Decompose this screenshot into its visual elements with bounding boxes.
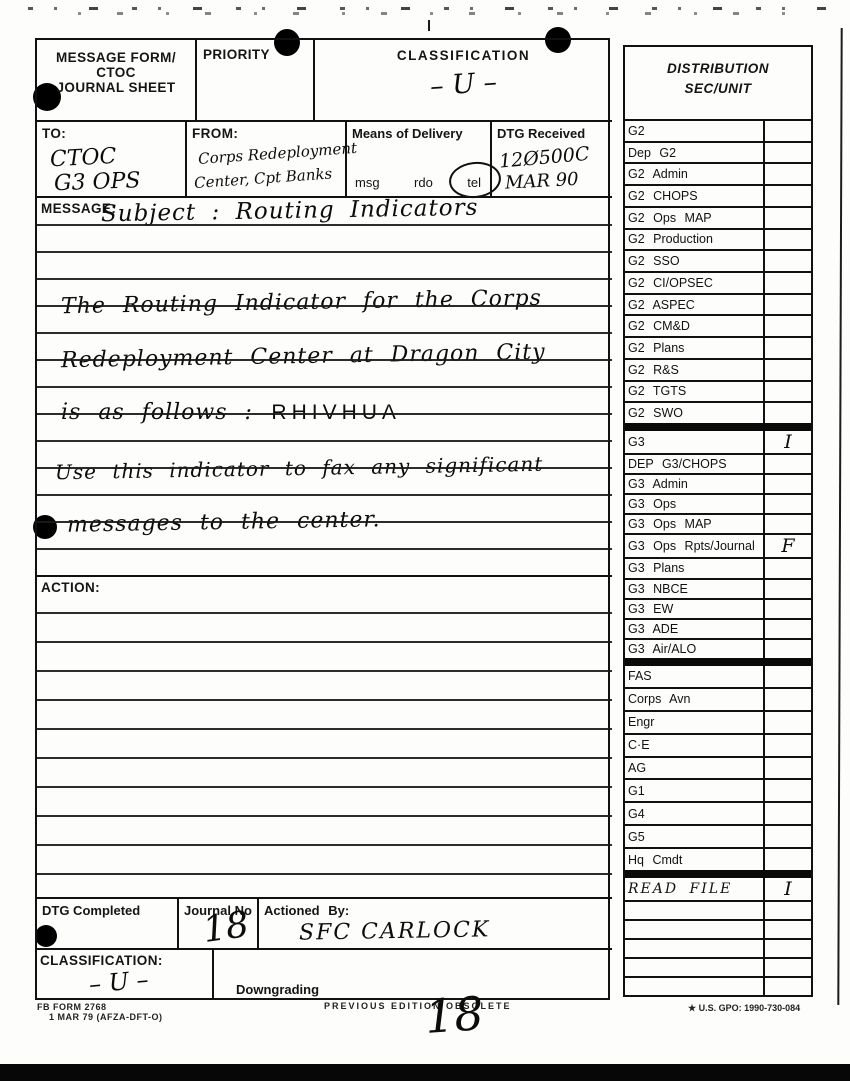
- message-subject-handwritten: Subject : Routing Indicators: [101, 195, 479, 228]
- distribution-row-label: G5: [625, 826, 763, 847]
- distribution-row-label: G1: [625, 780, 763, 801]
- distribution-mark-cell: [763, 689, 811, 710]
- distribution-mark-cell: [763, 666, 811, 687]
- distribution-row: G2 CHOPS: [625, 186, 811, 208]
- distribution-mark-cell: [763, 758, 811, 779]
- distribution-row: G2 ASPEC: [625, 295, 811, 317]
- distribution-mark-cell: [763, 849, 811, 870]
- distribution-row-label: [625, 940, 763, 957]
- ruled-line: [37, 467, 612, 469]
- priority-box: PRIORITY: [197, 40, 315, 122]
- distribution-row-label: [625, 959, 763, 976]
- gpo-note: ★ U.S. GPO: 1990-730-084: [688, 1003, 800, 1014]
- distribution-row-label: G3 Ops MAP: [625, 515, 763, 533]
- distribution-row: G2 TGTS: [625, 382, 811, 404]
- ruled-line: [37, 386, 612, 388]
- ruled-line: [37, 413, 612, 415]
- form-date: 1 MAR 79 (AFZA-DFT-O): [49, 1012, 163, 1022]
- distribution-mark-cell: [763, 620, 811, 638]
- distribution-row: [625, 978, 811, 995]
- classification-box: CLASSIFICATION U: [315, 40, 612, 122]
- distribution-mark-cell: [763, 495, 811, 513]
- priority-label: PRIORITY: [203, 47, 270, 62]
- distribution-mark-cell: [763, 475, 811, 493]
- distribution-mark-cell: [763, 902, 811, 919]
- form-title-line1: MESSAGE FORM/: [37, 50, 195, 65]
- distribution-row: READ FILEI: [625, 878, 811, 902]
- distribution-row-label: [625, 921, 763, 938]
- distribution-table: DISTRIBUTION SEC/UNIT G2Dep G2G2 AdminG2…: [623, 45, 813, 997]
- ruled-line: [37, 844, 612, 846]
- distribution-row: G3 ADE: [625, 620, 811, 640]
- dtg-received-value-line2: MAR 90: [505, 167, 608, 193]
- distribution-row-label: G3 EW: [625, 600, 763, 618]
- distribution-mark-cell: [763, 338, 811, 358]
- from-value-line2: Center, Cpt Banks: [194, 164, 341, 192]
- ruled-line: [37, 440, 612, 442]
- distribution-mark-cell: [763, 978, 811, 995]
- distribution-mark-cell: [763, 559, 811, 577]
- distribution-mark-cell: [763, 382, 811, 402]
- distribution-row-label: [625, 978, 763, 995]
- distribution-row: G2 SWO: [625, 403, 811, 423]
- section-separator: [625, 423, 811, 431]
- downgrading-box: Downgrading: [214, 950, 612, 998]
- distribution-row-label: DEP G3/CHOPS: [625, 455, 763, 473]
- classification-bottom-box: CLASSIFICATION: U: [37, 950, 214, 998]
- distribution-row: Hq Cmdt: [625, 849, 811, 870]
- distribution-row-label: G2 Admin: [625, 164, 763, 184]
- distribution-section: READ FILEI: [625, 878, 811, 995]
- message-body-line1: The Routing Indicator for the Corps: [61, 286, 542, 319]
- message-body-line2: Redeployment Center at Dragon City: [61, 340, 546, 373]
- distribution-mark-cell: [763, 803, 811, 824]
- distribution-row: G3 NBCE: [625, 580, 811, 600]
- distribution-row-label: G2 Ops MAP: [625, 208, 763, 228]
- journal-no-value: 18: [200, 904, 251, 951]
- ruled-line: [37, 641, 612, 643]
- ruled-line: [37, 786, 612, 788]
- ruled-line: [37, 670, 612, 672]
- actioned-by-label: Actioned By:: [264, 903, 349, 918]
- means-of-delivery-box: Means of Delivery msg rdo tel: [347, 122, 492, 198]
- distribution-section: G2Dep G2G2 AdminG2 CHOPSG2 Ops MAPG2 Pro…: [625, 121, 811, 423]
- actioned-by-value: SFC CARLOCK: [299, 917, 491, 945]
- distribution-mark-cell: [763, 600, 811, 618]
- distribution-row-label: G3 Air/ALO: [625, 640, 763, 658]
- distribution-mark-cell: [763, 208, 811, 228]
- distribution-row-label: G2 TGTS: [625, 382, 763, 402]
- distribution-header-line1: DISTRIBUTION: [667, 59, 769, 79]
- from-label: FROM:: [192, 126, 238, 141]
- ruled-line: [37, 815, 612, 817]
- distribution-row: G4: [625, 803, 811, 826]
- distribution-row: G1: [625, 780, 811, 803]
- distribution-row: G2 CM&D: [625, 316, 811, 338]
- downgrading-label: Downgrading: [236, 982, 319, 997]
- distribution-row-label: G3 NBCE: [625, 580, 763, 598]
- distribution-mark-handwritten: F: [763, 535, 811, 557]
- distribution-rows: G2Dep G2G2 AdminG2 CHOPSG2 Ops MAPG2 Pro…: [625, 121, 811, 995]
- distribution-mark-cell: [763, 230, 811, 250]
- distribution-row-label: G2 CM&D: [625, 316, 763, 336]
- distribution-row: G3 Air/ALO: [625, 640, 811, 658]
- distribution-row: G3 Ops MAP: [625, 515, 811, 535]
- distribution-mark-cell: [763, 273, 811, 293]
- distribution-row-label: G3 ADE: [625, 620, 763, 638]
- distribution-row-label: G3 Ops Rpts/Journal: [625, 535, 763, 557]
- distribution-row: G5: [625, 826, 811, 849]
- distribution-row: G3 Ops Rpts/JournalF: [625, 535, 811, 559]
- distribution-row-label: Hq Cmdt: [625, 849, 763, 870]
- distribution-row: [625, 940, 811, 959]
- distribution-row: G2: [625, 121, 811, 143]
- action-label: ACTION:: [41, 580, 100, 595]
- distribution-mark-cell: [763, 712, 811, 733]
- distribution-row: G3 Plans: [625, 559, 811, 579]
- ruled-line: [37, 873, 612, 875]
- paper-edge-line: [837, 28, 842, 1005]
- distribution-row-label: G3 Admin: [625, 475, 763, 493]
- from-box: FROM: Corps Redeployment Center, Cpt Ban…: [187, 122, 347, 198]
- distribution-row: Dep G2: [625, 143, 811, 165]
- distribution-mark-cell: [763, 360, 811, 380]
- distribution-row-label: G2 Production: [625, 230, 763, 250]
- ruled-line: [37, 612, 612, 614]
- from-value-line1: Corps Redeployment: [198, 140, 341, 168]
- delivery-option-rdo: rdo: [414, 175, 433, 190]
- distribution-row: Corps Avn: [625, 689, 811, 712]
- ruled-line: [37, 494, 612, 496]
- distribution-row-label: G3 Plans: [625, 559, 763, 577]
- actioned-by-box: Actioned By: SFC CARLOCK: [259, 899, 612, 950]
- distribution-row-label: G3: [625, 431, 763, 453]
- distribution-header-line2: SEC/UNIT: [684, 79, 751, 99]
- distribution-row: [625, 902, 811, 921]
- ruled-line: [37, 699, 612, 701]
- distribution-mark-cell: [763, 735, 811, 756]
- distribution-mark-cell: [763, 143, 811, 163]
- scan-noise-band: [28, 7, 828, 10]
- distribution-row-label: [625, 902, 763, 919]
- distribution-row-label: Corps Avn: [625, 689, 763, 710]
- distribution-mark-cell: [763, 640, 811, 658]
- distribution-mark-cell: [763, 455, 811, 473]
- ruled-line: [37, 224, 612, 226]
- distribution-row: AG: [625, 758, 811, 781]
- scan-tick-mark: [428, 20, 430, 31]
- distribution-mark-cell: [763, 959, 811, 976]
- ruled-line: [37, 757, 612, 759]
- distribution-row-label: G3 Ops: [625, 495, 763, 513]
- distribution-row-label: G2 CHOPS: [625, 186, 763, 206]
- distribution-mark-cell: [763, 940, 811, 957]
- distribution-section: G3IDEP G3/CHOPSG3 AdminG3 OpsG3 Ops MAPG…: [625, 431, 811, 658]
- distribution-row-label: G4: [625, 803, 763, 824]
- means-of-delivery-label: Means of Delivery: [352, 126, 463, 141]
- distribution-mark-cell: [763, 580, 811, 598]
- distribution-row: [625, 921, 811, 940]
- distribution-row-label: FAS: [625, 666, 763, 687]
- distribution-row-label: C·E: [625, 735, 763, 756]
- distribution-mark-cell: [763, 780, 811, 801]
- distribution-row-label: G2 CI/OPSEC: [625, 273, 763, 293]
- distribution-row-label: G2 SWO: [625, 403, 763, 423]
- message-form: MESSAGE FORM/ CTOC JOURNAL SHEET PRIORIT…: [35, 38, 610, 1000]
- distribution-row: G2 R&S: [625, 360, 811, 382]
- classification-value-handwritten: U: [314, 59, 612, 111]
- distribution-row: [625, 959, 811, 978]
- distribution-section: FASCorps AvnEngrC·EAGG1G4G5Hq Cmdt: [625, 666, 811, 870]
- distribution-row-label: G2 SSO: [625, 251, 763, 271]
- ruled-line: [37, 359, 612, 361]
- form-number: FB FORM 2768: [37, 1002, 107, 1012]
- classification-bottom-value: U: [88, 965, 150, 998]
- distribution-row-label: G2: [625, 121, 763, 141]
- distribution-mark-cell: [763, 251, 811, 271]
- distribution-row: G3I: [625, 431, 811, 455]
- ruled-line: [37, 305, 612, 307]
- scanned-message-form-page: MESSAGE FORM/ CTOC JOURNAL SHEET PRIORIT…: [0, 0, 850, 1081]
- distribution-row: G2 Production: [625, 230, 811, 252]
- page-number-handwritten: 18: [423, 986, 485, 1044]
- distribution-row: G3 EW: [625, 600, 811, 620]
- distribution-mark-cell: [763, 186, 811, 206]
- section-separator: [625, 658, 811, 666]
- distribution-mark-handwritten: I: [763, 431, 811, 453]
- ruled-line: [37, 728, 612, 730]
- distribution-row: C·E: [625, 735, 811, 758]
- distribution-row: G2 Ops MAP: [625, 208, 811, 230]
- ruled-line: [37, 278, 612, 280]
- form-title-line3: JOURNAL SHEET: [37, 80, 195, 95]
- distribution-row: G2 Plans: [625, 338, 811, 360]
- distribution-row: G3 Ops: [625, 495, 811, 515]
- distribution-row: DEP G3/CHOPS: [625, 455, 811, 475]
- distribution-mark-cell: [763, 295, 811, 315]
- delivery-option-msg: msg: [355, 175, 380, 190]
- ruled-line: [37, 548, 612, 550]
- distribution-header: DISTRIBUTION SEC/UNIT: [625, 47, 811, 121]
- message-block: MESSAGE: Subject : Routing Indicators Th…: [37, 198, 612, 577]
- distribution-row: G2 SSO: [625, 251, 811, 273]
- distribution-row: G3 Admin: [625, 475, 811, 495]
- distribution-row-label: Engr: [625, 712, 763, 733]
- distribution-row: Engr: [625, 712, 811, 735]
- distribution-mark-cell: [763, 403, 811, 423]
- section-separator: [625, 870, 811, 878]
- distribution-mark-cell: [763, 921, 811, 938]
- distribution-mark-cell: [763, 164, 811, 184]
- distribution-row-label: G2 ASPEC: [625, 295, 763, 315]
- form-title-line2: CTOC: [37, 65, 195, 80]
- distribution-row-label: AG: [625, 758, 763, 779]
- scan-noise-band: [60, 12, 800, 15]
- distribution-mark-cell: [763, 826, 811, 847]
- ruled-line: [37, 521, 612, 523]
- action-block: ACTION:: [37, 577, 612, 899]
- previous-edition-note: PREVIOUS EDITION OBSOLETE: [324, 1001, 512, 1011]
- to-box: TO: CTOC G3 OPS: [37, 122, 187, 198]
- to-label: TO:: [42, 126, 66, 141]
- scan-bottom-black-band: [0, 1064, 850, 1081]
- distribution-mark-cell: [763, 316, 811, 336]
- ruled-line: [37, 332, 612, 334]
- distribution-row: G2 Admin: [625, 164, 811, 186]
- distribution-mark-handwritten: I: [763, 878, 811, 900]
- distribution-mark-cell: [763, 515, 811, 533]
- to-value-line2: G3 OPS: [54, 167, 181, 196]
- distribution-row: G2 CI/OPSEC: [625, 273, 811, 295]
- distribution-row-label: Dep G2: [625, 143, 763, 163]
- dtg-received-label: DTG Received: [497, 126, 585, 141]
- distribution-row-label: G2 Plans: [625, 338, 763, 358]
- distribution-row-label-handwritten: READ FILE: [625, 878, 763, 900]
- dtg-completed-label: DTG Completed: [42, 903, 140, 918]
- journal-no-box: Journal No 18: [179, 899, 259, 950]
- dtg-received-box: DTG Received 12Ø500C MAR 90: [492, 122, 612, 198]
- distribution-row: FAS: [625, 666, 811, 689]
- ruled-line: [37, 251, 612, 253]
- form-title-box: MESSAGE FORM/ CTOC JOURNAL SHEET: [37, 40, 197, 122]
- distribution-row-label: G2 R&S: [625, 360, 763, 380]
- dtg-completed-box: DTG Completed: [37, 899, 179, 950]
- distribution-mark-cell: [763, 121, 811, 141]
